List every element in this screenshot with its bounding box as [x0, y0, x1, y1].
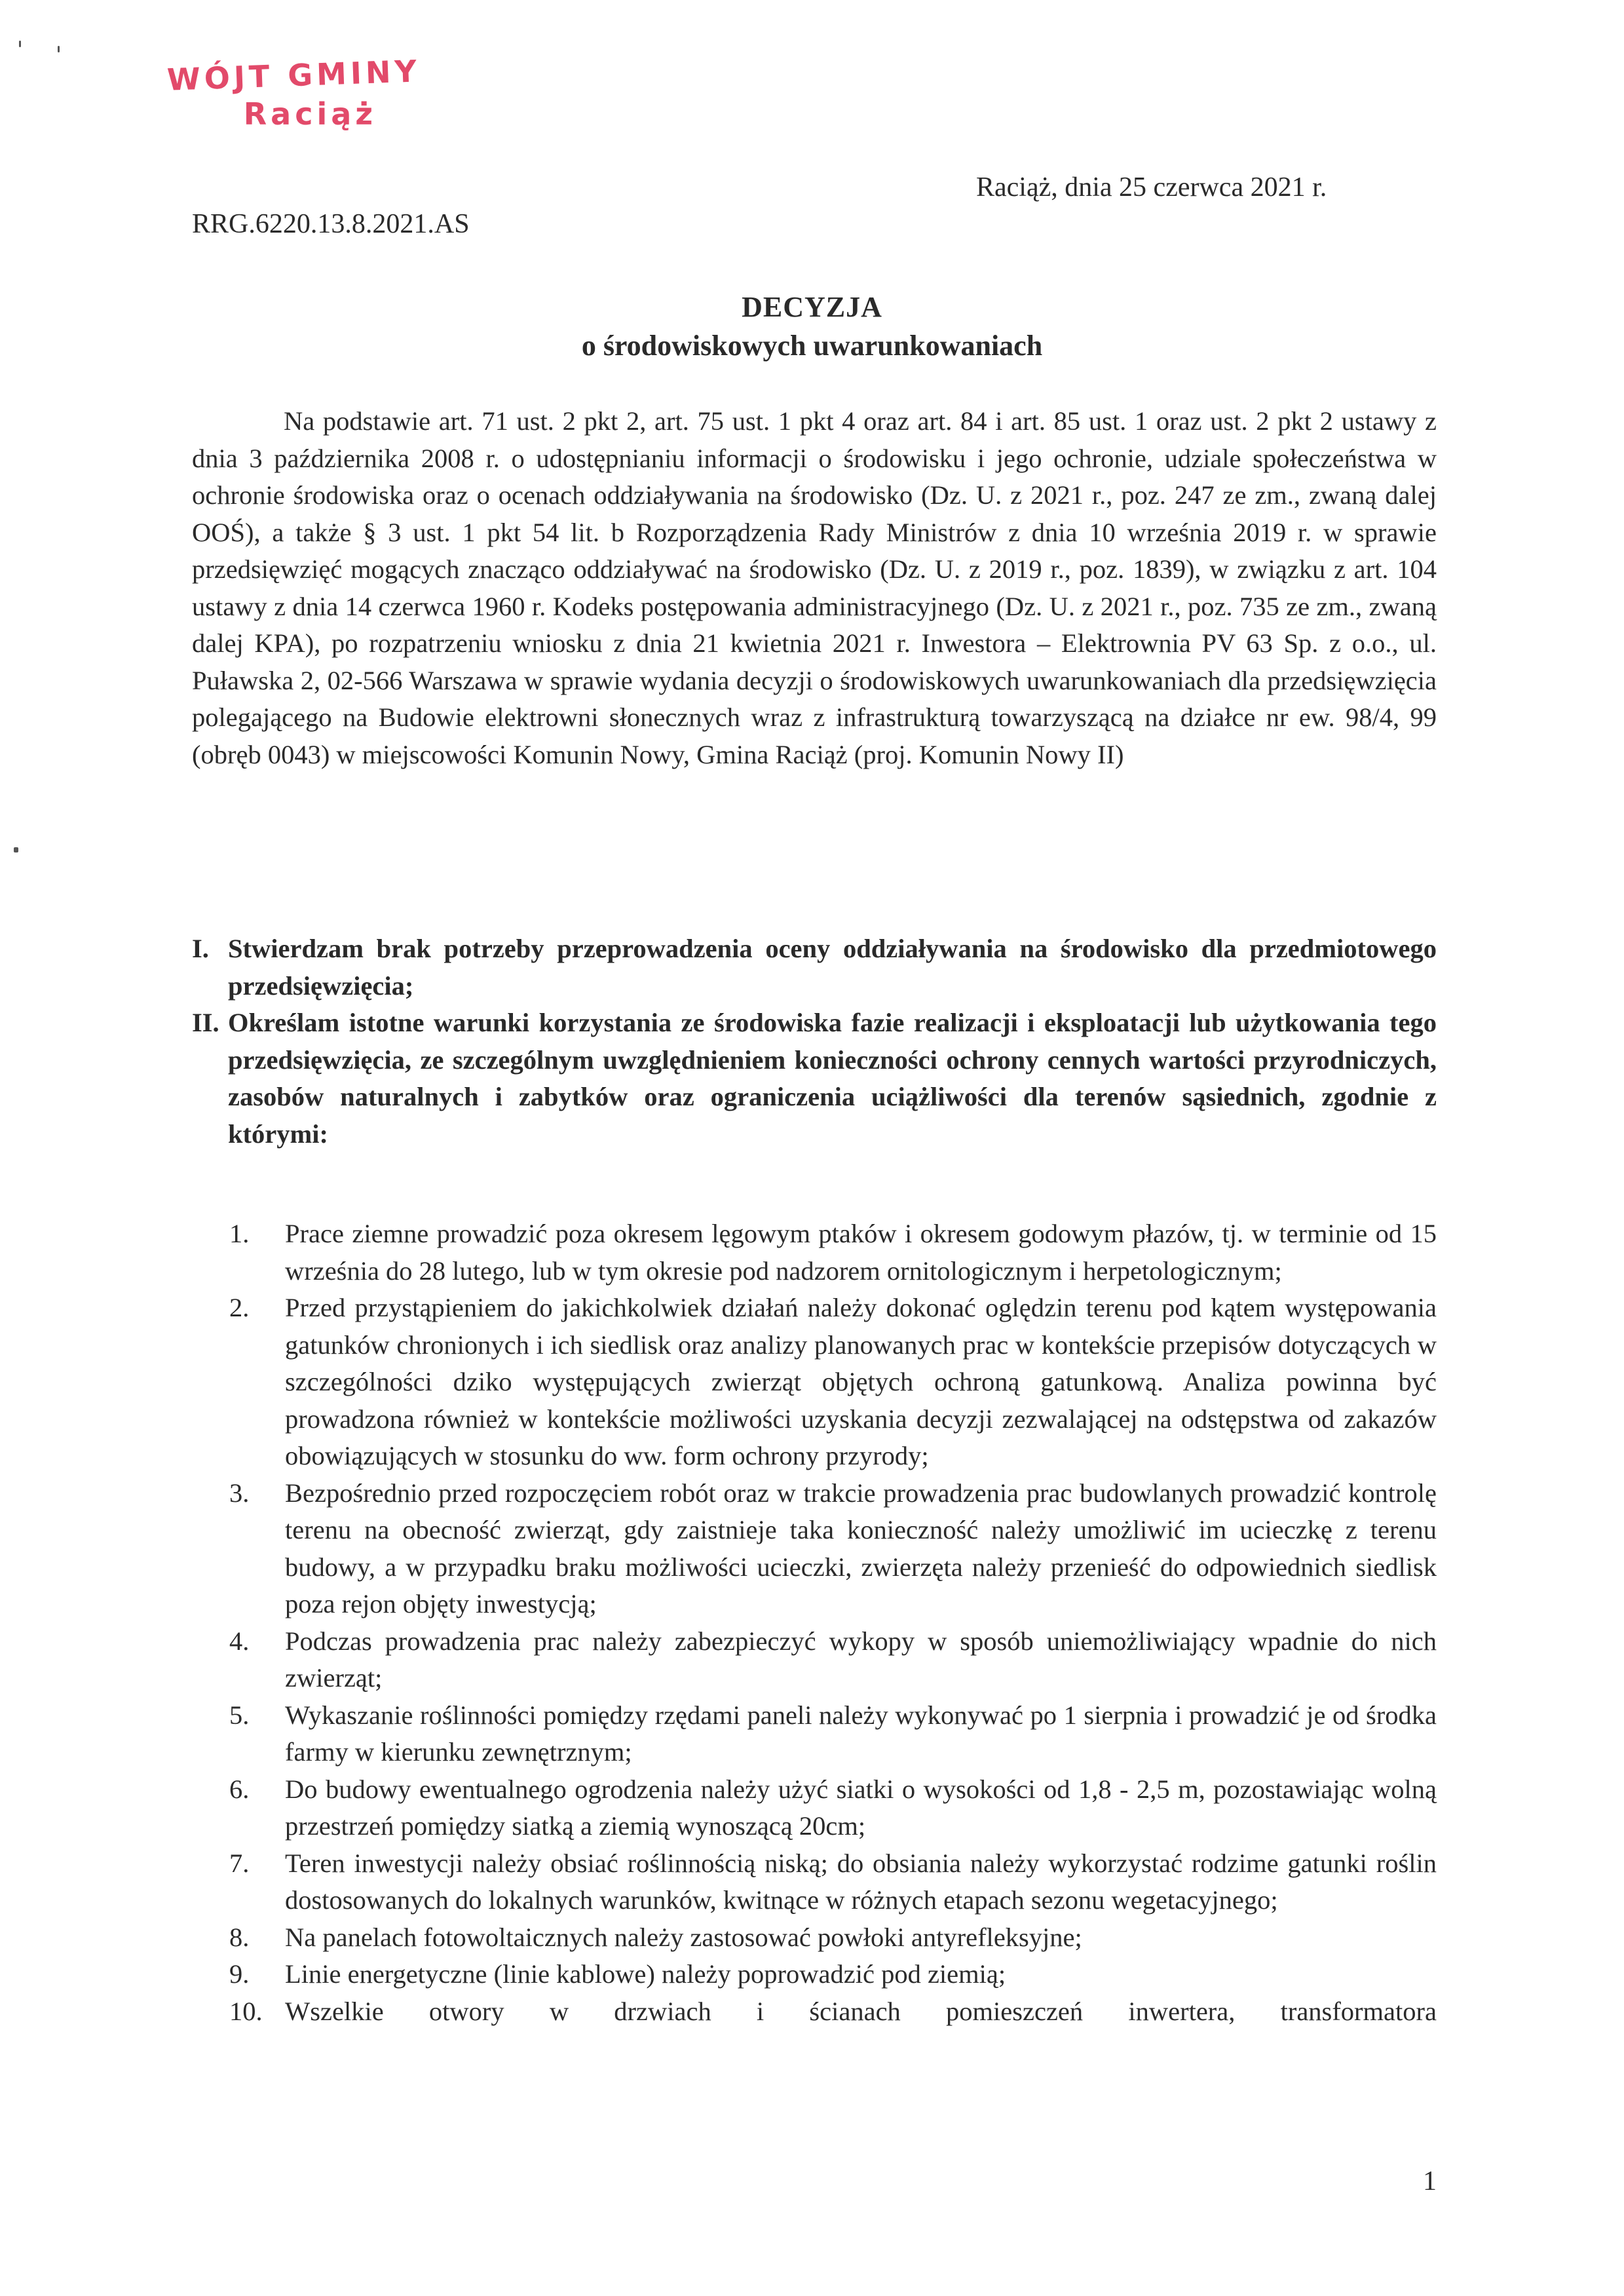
condition-text: Wykaszanie roślinności pomiędzy rzędami …	[285, 1697, 1437, 1771]
title-line-1: DECYZJA	[0, 288, 1624, 326]
condition-item: 2. Przed przystąpieniem do jakichkolwiek…	[229, 1290, 1437, 1475]
title-line-2: o środowiskowych uwarunkowaniach	[0, 326, 1624, 366]
condition-text: Bezpośrednio przed rozpoczęciem robót or…	[285, 1475, 1437, 1623]
place-and-date: Raciąż, dnia 25 czerwca 2021 r.	[976, 172, 1327, 203]
condition-text: Przed przystąpieniem do jakichkolwiek dz…	[285, 1290, 1437, 1475]
condition-number: 4.	[229, 1623, 285, 1697]
condition-number: 10.	[229, 1993, 285, 2031]
document-title: DECYZJA o środowiskowych uwarunkowaniach	[0, 288, 1624, 366]
condition-item: 5. Wykaszanie roślinności pomiędzy rzęda…	[229, 1697, 1437, 1771]
condition-number: 3.	[229, 1475, 285, 1623]
reference-number: RRG.6220.13.8.2021.AS	[192, 208, 470, 240]
condition-list: 1. Prace ziemne prowadzić poza okresem l…	[229, 1215, 1437, 2030]
stamp-line-1: WÓJT GMINY	[166, 51, 421, 99]
condition-text: Linie energetyczne (linie kablowe) należ…	[285, 1956, 1437, 1993]
condition-item: 6. Do budowy ewentualnego ogrodzenia nal…	[229, 1771, 1437, 1845]
decision-item: II. Określam istotne warunki korzystania…	[192, 1004, 1437, 1153]
scan-speck	[58, 46, 60, 52]
condition-text: Wszelkie otwory w drzwiach i ścianach po…	[285, 1993, 1437, 2031]
stamp-line-2: Raciąż	[167, 95, 421, 133]
condition-number: 2.	[229, 1290, 285, 1475]
condition-number: 9.	[229, 1956, 285, 1993]
condition-item: 10. Wszelkie otwory w drzwiach i ścianac…	[229, 1993, 1437, 2031]
condition-text: Do budowy ewentualnego ogrodzenia należy…	[285, 1771, 1437, 1845]
condition-item: 9. Linie energetyczne (linie kablowe) na…	[229, 1956, 1437, 1993]
condition-item: 3. Bezpośrednio przed rozpoczęciem robót…	[229, 1475, 1437, 1623]
decision-text: Określam istotne warunki korzystania ze …	[228, 1004, 1437, 1153]
page-number: 1	[1423, 2166, 1437, 2197]
condition-number: 8.	[229, 1919, 285, 1957]
decision-list: I. Stwierdzam brak potrzeby przeprowadze…	[192, 930, 1437, 1153]
decision-text: Stwierdzam brak potrzeby przeprowadzenia…	[228, 930, 1437, 1004]
condition-number: 5.	[229, 1697, 285, 1771]
condition-text: Prace ziemne prowadzić poza okresem lęgo…	[285, 1215, 1437, 1290]
condition-text: Na panelach fotowoltaicznych należy zast…	[285, 1919, 1437, 1957]
condition-number: 6.	[229, 1771, 285, 1845]
condition-item: 7. Teren inwestycji należy obsiać roślin…	[229, 1845, 1437, 1919]
decision-number: II.	[192, 1004, 228, 1153]
office-stamp: WÓJT GMINY Raciąż	[167, 56, 421, 133]
condition-item: 8. Na panelach fotowoltaicznych należy z…	[229, 1919, 1437, 1957]
preamble: Na podstawie art. 71 ust. 2 pkt 2, art. …	[192, 403, 1437, 773]
condition-number: 7.	[229, 1845, 285, 1919]
condition-item: 1. Prace ziemne prowadzić poza okresem l…	[229, 1215, 1437, 1290]
decision-number: I.	[192, 930, 228, 1004]
decision-item: I. Stwierdzam brak potrzeby przeprowadze…	[192, 930, 1437, 1004]
scan-speck	[14, 847, 18, 852]
condition-text: Teren inwestycji należy obsiać roślinnoś…	[285, 1845, 1437, 1919]
condition-number: 1.	[229, 1215, 285, 1290]
preamble-paragraph: Na podstawie art. 71 ust. 2 pkt 2, art. …	[192, 403, 1437, 773]
condition-item: 4. Podczas prowadzenia prac należy zabez…	[229, 1623, 1437, 1697]
condition-text: Podczas prowadzenia prac należy zabezpie…	[285, 1623, 1437, 1697]
scan-speck	[19, 41, 21, 47]
